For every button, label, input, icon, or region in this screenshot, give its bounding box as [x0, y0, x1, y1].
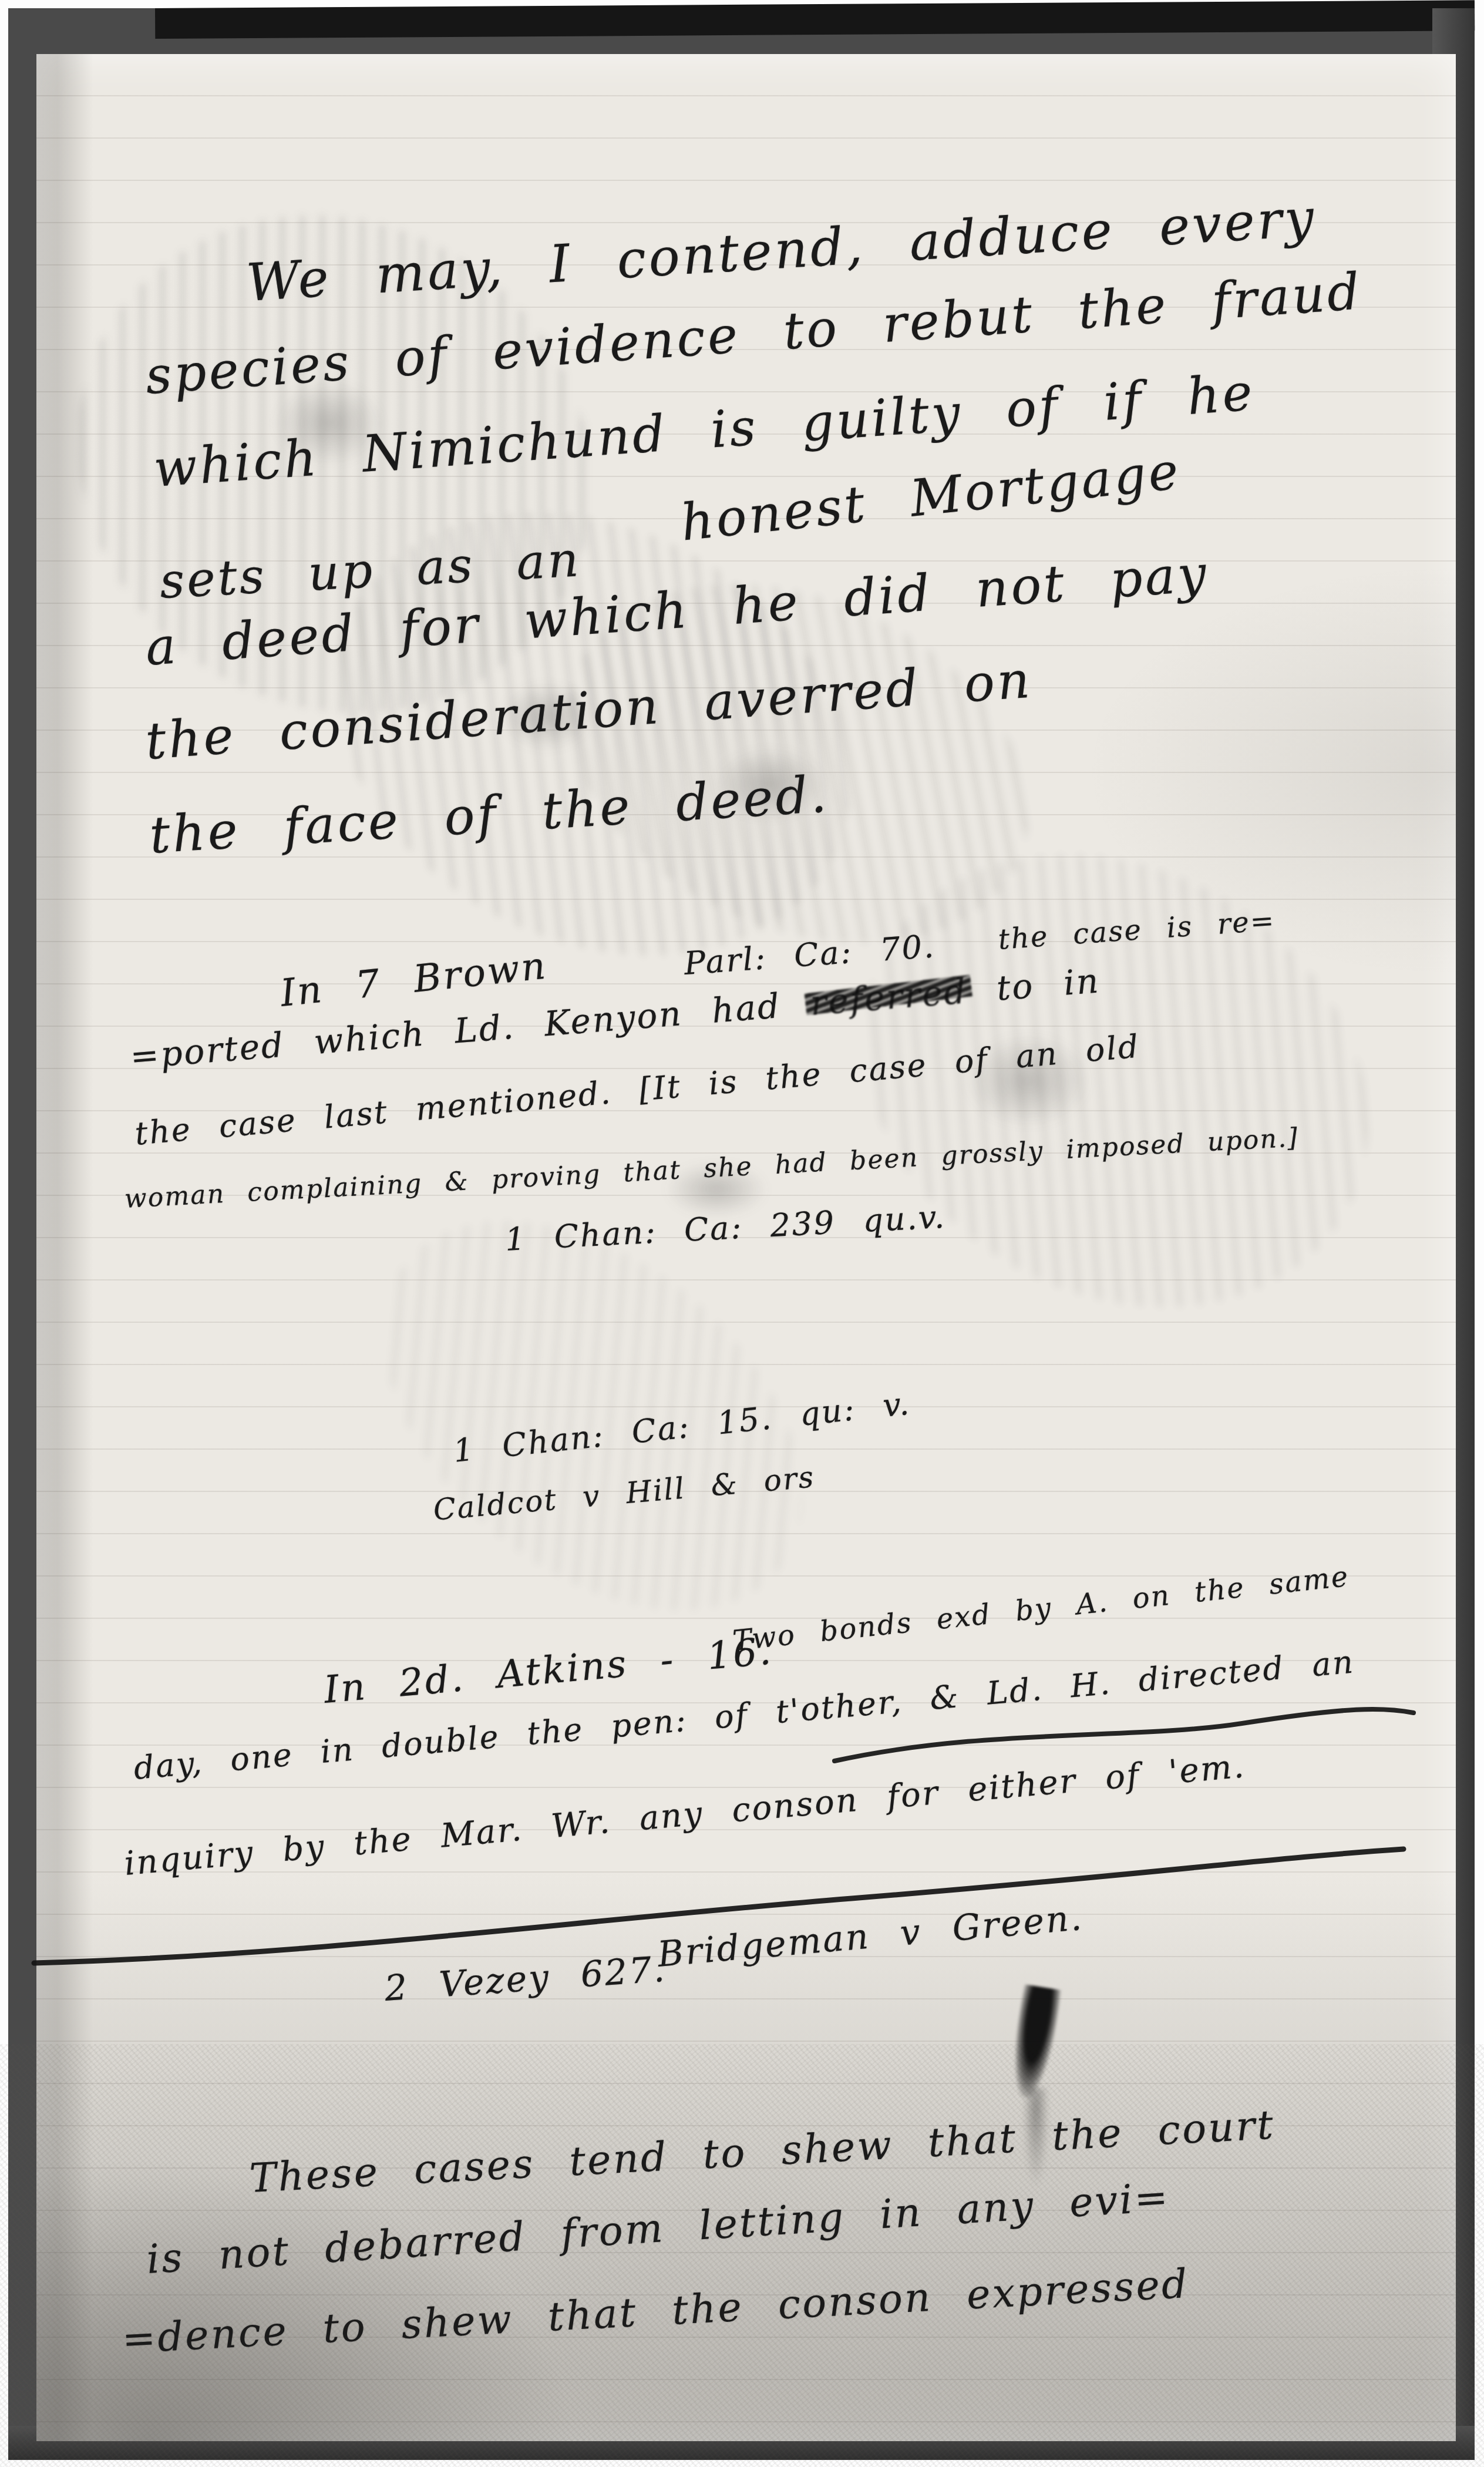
- scanned-manuscript-page: We may, I contend, adduce every species …: [0, 0, 1484, 2467]
- page-top-edge-shadow: [155, 0, 1475, 39]
